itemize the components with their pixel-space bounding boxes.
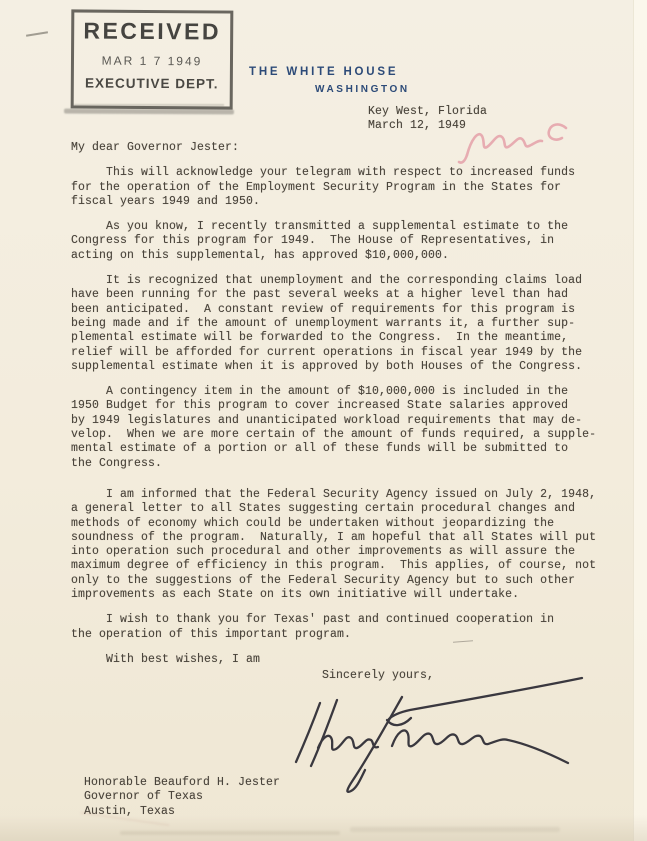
paragraph-4: A contingency item in the amount of $10,… [71,385,611,471]
signature-harry-truman [275,662,595,802]
pencil-dash-top-left [26,31,48,36]
letterhead-subtitle: WASHINGTON [315,84,410,95]
paragraph-6: I wish to thank you for Texas' past and … [71,613,611,642]
stamp-dept-text: EXECUTIVE DEPT. [74,75,230,91]
stamp-smudge-mark-2 [74,104,224,106]
letter-body: My dear Governor Jester: This will ackno… [71,141,611,678]
salutation: My dear Governor Jester: [71,141,611,155]
letterhead-title: THE WHITE HOUSE [249,66,398,78]
stamp-received-text: RECEIVED [74,17,230,45]
paragraph-3: It is recognized that unemployment and t… [71,274,611,374]
paragraph-1: This will acknowledge your telegram with… [71,166,611,209]
stamp-date-text: MAR 1 7 1949 [74,53,230,68]
paper-right-edge [633,0,647,841]
paragraph-2: As you know, I recently transmitted a su… [71,220,611,263]
received-stamp: RECEIVED MAR 1 7 1949 EXECUTIVE DEPT. [71,9,234,109]
letter-page: RECEIVED MAR 1 7 1949 EXECUTIVE DEPT. TH… [0,0,647,841]
paragraph-5: I am informed that the Federal Security … [71,488,611,602]
recipient-address: Honorable Beauford H. Jester Governor of… [84,776,280,819]
stamp-smudge-mark [64,109,234,115]
paper-bottom-shadow [0,815,647,841]
